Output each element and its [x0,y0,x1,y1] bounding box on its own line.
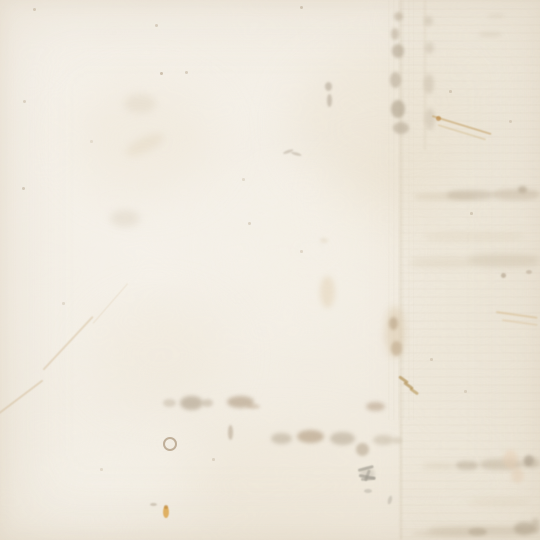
speck [22,187,25,190]
faint-smudge [110,210,140,227]
streak-band [468,254,540,267]
stain-marks-layer [0,0,540,540]
brown-dot [501,273,506,278]
tonal-patch-light [230,180,390,320]
streak-band [423,463,455,469]
speck [464,390,467,393]
smudge [330,432,355,445]
faint-smudge [124,94,156,113]
speck [248,222,251,225]
faded-glyph [391,100,405,118]
right-column-cast [402,0,540,540]
smudge-tail [247,404,260,409]
corner-smudge [531,518,540,533]
speck [160,72,163,75]
crack-segment [0,379,43,414]
brown-dot [526,270,532,274]
faded-glyph [424,74,434,94]
amber-dot-tip [164,505,168,509]
smudge [297,430,324,443]
speck [300,6,303,9]
smudge [271,433,292,444]
faded-glyph [391,28,399,40]
smudge [366,402,385,411]
streak-band [447,190,493,200]
gray-dash [325,82,332,91]
speck [90,140,93,143]
pink-spot [503,450,518,469]
speck [212,458,215,461]
gray-dash [327,94,332,107]
ink-ring [163,437,177,451]
ochre-speck [436,116,441,121]
tonal-patch [90,300,230,410]
faded-glyph [392,44,404,58]
speck [449,90,452,93]
faded-glyph [394,12,403,21]
speck [470,212,473,215]
speck [155,24,158,27]
edge-streak [478,32,502,37]
brown-smudge-core [389,317,398,330]
streak-band [413,531,473,536]
speck [300,250,303,253]
speck [62,302,65,305]
brown-smudge-core [391,341,402,356]
aged-paper-surface [0,0,540,540]
speck [33,8,36,11]
faded-glyph [393,122,409,134]
smudge [373,435,394,445]
smudge [180,396,203,410]
speck [509,120,512,123]
streak-band [424,232,524,241]
streak-band [456,461,478,470]
gray-spot [524,455,534,466]
speck [430,358,433,361]
faded-glyph [390,72,401,88]
streak-band [492,189,540,200]
edge-streak [487,14,505,18]
tonal-patch-light [20,440,200,530]
tan-blotch [320,276,335,308]
pencil-mark [364,489,372,493]
faded-glyph [425,42,434,54]
smudge [163,399,176,407]
tan-dash [320,238,328,243]
gray-speck [150,503,157,506]
smudge [202,399,213,407]
gray-dash [228,425,233,440]
streak-notch [518,186,527,193]
speck [23,100,26,103]
faded-glyph [425,108,435,130]
speck [185,71,188,74]
streak-band [468,498,530,506]
speck [242,178,245,181]
speck [100,468,103,471]
pink-spot [511,468,524,483]
faded-glyph [424,16,433,26]
crack-segment [42,316,93,370]
streak-band [410,257,472,268]
smudge [393,437,402,444]
smudge [356,443,369,456]
